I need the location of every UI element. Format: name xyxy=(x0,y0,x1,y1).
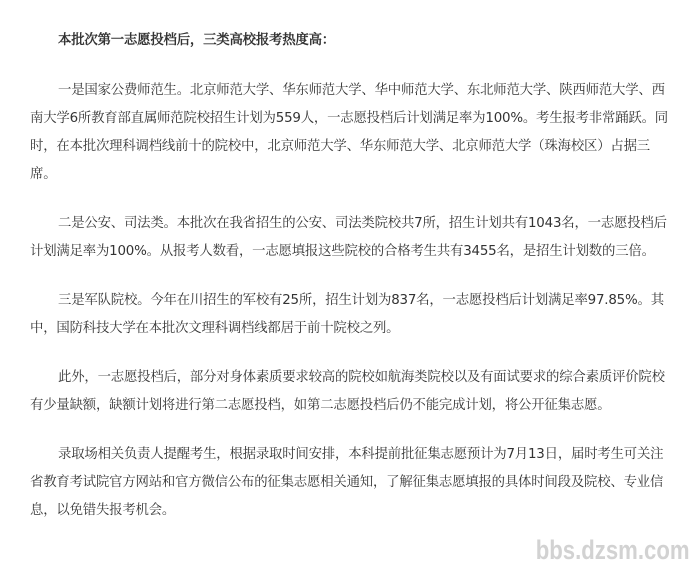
paragraph-teacher-colleges: 一是国家公费师范生。北京师范大学、华东师范大学、华中师范大学、东北师范大学、陕西… xyxy=(30,77,670,189)
article-body: 本批次第一志愿投档后，三类高校报考热度高： 一是国家公费师范生。北京师范大学、华… xyxy=(30,27,670,546)
paragraph-reminder: 录取场相关负责人提醒考生，根据录取时间安排，本科提前批征集志愿预计为7月13日，… xyxy=(30,441,670,525)
site-watermark: bbs.dzsm.com xyxy=(536,535,690,566)
paragraph-military: 三是军队院校。今年在川招生的军校有25所，招生计划为837名，一志愿投档后计划满… xyxy=(30,287,670,343)
article-heading: 本批次第一志愿投档后，三类高校报考热度高： xyxy=(30,27,670,55)
paragraph-police-law: 二是公安、司法类。本批次在我省招生的公安、司法类院校共7所，招生计划共有1043… xyxy=(30,210,670,266)
paragraph-vacancies: 此外，一志愿投档后，部分对身体素质要求较高的院校如航海类院校以及有面试要求的综合… xyxy=(30,364,670,420)
